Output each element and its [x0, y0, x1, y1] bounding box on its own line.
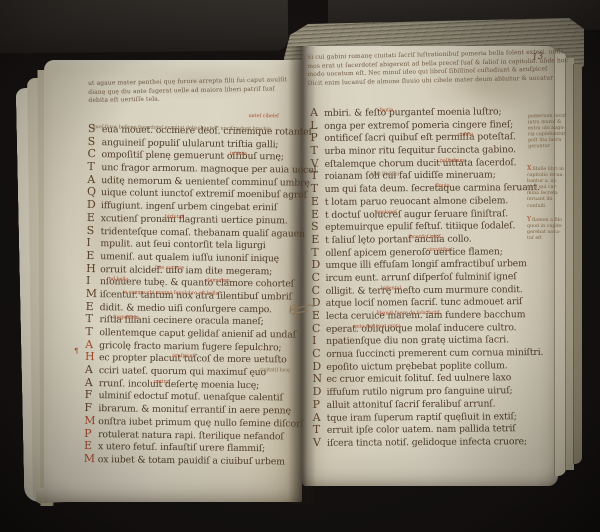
book-cover-top-left — [0, 0, 288, 54]
interlinear-gloss: ſine auctore — [155, 265, 184, 270]
interlinear-gloss: libri ſibillini — [371, 172, 399, 177]
folio-number: 13. — [532, 51, 547, 62]
interlinear-gloss: quia non erat grata — [354, 324, 401, 329]
interlinear-gloss: palladium — [440, 159, 464, 164]
interlinear-gloss: ſurgentem — [113, 316, 139, 321]
interlinear-gloss: ciuitatiſ lucę — [259, 368, 289, 373]
verse-initial: M — [84, 453, 95, 464]
margin-note: pomerium locuſintra muroſ &extra ubi aug… — [528, 114, 571, 151]
verse-line: Viſcera tincta notiſ. gelidoque infecta … — [313, 429, 544, 444]
verse-text: iſcera tincta notiſ. gelidoque infecta c… — [327, 436, 527, 449]
margin-note-line: tuſ eſt — [527, 236, 569, 242]
paraph-mark: ¶ — [74, 347, 79, 355]
interlinear-gloss: fluuio — [436, 184, 450, 189]
interlinear-gloss: perituſ — [154, 380, 171, 385]
interlinear-gloss: circuitibuſ — [427, 247, 452, 252]
margin-note-line: conſulti — [527, 204, 569, 210]
margin-tie-mark: X — [527, 165, 531, 172]
verse-text: ox iubet & totam pauidiſ a ciuibuſ urbem — [98, 454, 285, 467]
margin-sketch-manicula — [289, 294, 317, 324]
margin-note: Xſibille libri incapitolio ſerua-bantur … — [527, 166, 569, 210]
interlinear-gloss: libandi fuere de ſola factiſ — [377, 311, 440, 317]
margin-tie-mark: Y — [527, 216, 531, 223]
interlinear-gloss: hirſutaſ — [165, 215, 183, 220]
interlinear-gloss: clamorem — [205, 279, 229, 284]
interlinear-gloss: epuloneſ — [376, 210, 397, 215]
verse-initial: V — [313, 437, 324, 448]
interlinear-gloss: aruſpiceſ — [172, 355, 194, 360]
right-header-gloss: Si cui gabini romanę ciuitati ſacriſ luſ… — [307, 48, 569, 88]
fore-edge-strip — [573, 64, 582, 464]
interlinear-gloss: ad bella — [109, 278, 128, 283]
right-verse-column: Ambiri. & feſto purganteſ moenia luſtro;… — [310, 99, 544, 444]
left-header-gloss: ut agaue mater penthei quę furore arrept… — [88, 76, 287, 106]
interlinear-gloss: ſacerdoſ iouiſ — [408, 235, 441, 240]
interlinear-gloss: ſpatia — [379, 108, 393, 113]
manuscript-photo: ut agaue mater penthei quę furore arrept… — [0, 0, 600, 532]
margin-note-line: geruntur — [528, 144, 570, 151]
verse-line: Mox iubet & totam pauidiſ a ciuibuſ urbe… — [84, 447, 314, 462]
interlinear-gloss: in aere — [230, 152, 247, 157]
left-verse-column: Seua mouet. occinere deoſ. crinemque rot… — [84, 117, 318, 462]
interlinear-gloss: uateſ cibeleſ — [249, 114, 279, 119]
interlinear-gloss: bidental — [381, 286, 401, 291]
margin-note: Yflamen a filoquod in capitegerebat uoca… — [527, 217, 569, 242]
interlinear-gloss: cinctu — [458, 133, 473, 138]
